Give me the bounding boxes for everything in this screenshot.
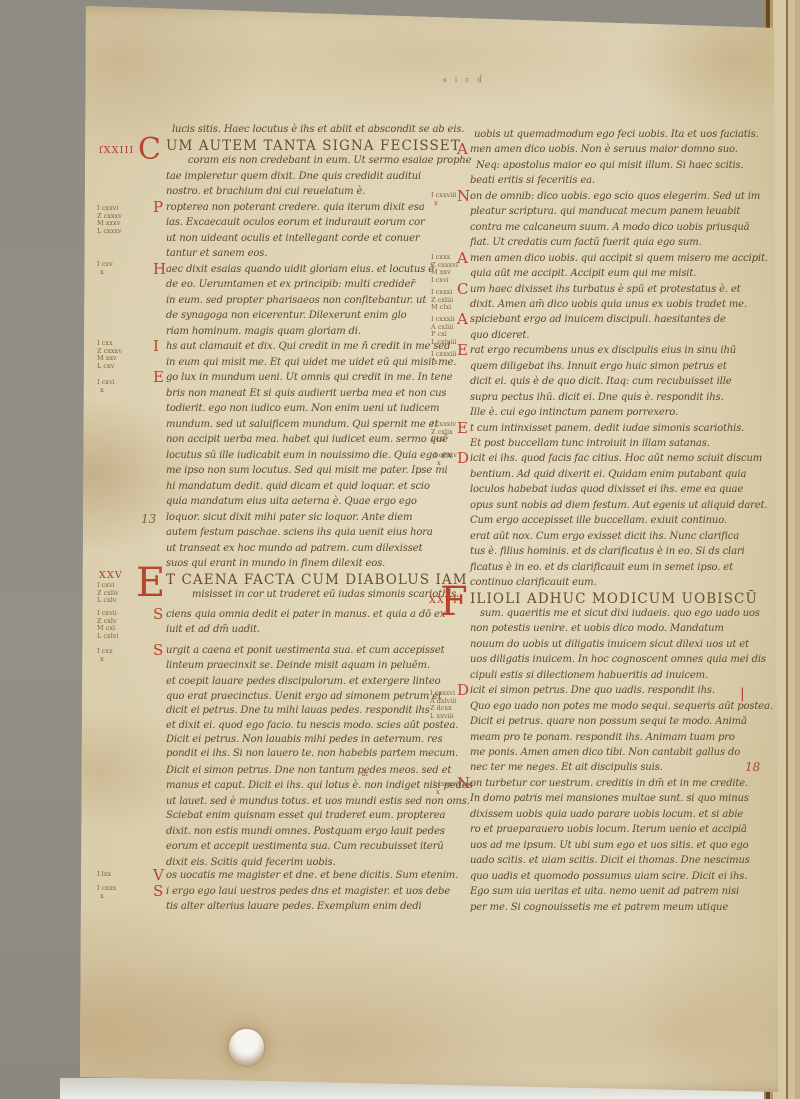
text-line: cipuli estis si dilectionem habueritis a… xyxy=(470,670,708,682)
line-text: riam hominum. magis quam gloriam di. xyxy=(166,326,361,337)
line-text: nostro. et brachium dni cui reuelatum è. xyxy=(166,186,365,197)
line-text: quia mandatum eius uita aeterna è. Quae … xyxy=(166,496,417,507)
text-line: nouum do uobis ut diligatis inuicem sicu… xyxy=(470,639,749,651)
text-line: Aspiciebant ergo ad inuicem discipuli. h… xyxy=(470,314,726,326)
line-text: loculos habebat iudas quod dixisset ei i… xyxy=(470,484,743,495)
line-text: beati eritis si feceritis ea. xyxy=(470,175,595,186)
line-text: coram eis non credebant in eum. Ut sermo… xyxy=(188,155,471,166)
text-line: dixit. non estis mundi omnes. Postquam e… xyxy=(166,826,445,838)
text-line: bris non maneat Et si quis audierit uerb… xyxy=(166,388,446,400)
text-line: in eum qui misit me. Et qui uidet me uid… xyxy=(166,357,456,369)
margin-note: I cxvi Z cxliv L cxlv xyxy=(97,582,119,605)
text-line: pleatur scriptura. qui manducat mecum pa… xyxy=(470,206,740,218)
text-line: supra pectus ihū. dicit ei. Dne quis è. … xyxy=(470,392,724,404)
line-text: tus è. filius hominis. et ds clarificatu… xyxy=(470,546,745,557)
line-text: Sciebat enim quisnam esset qui traderet … xyxy=(166,810,445,821)
text-line: non accipit uerba mea. habet qui iudicet… xyxy=(166,434,448,446)
rubric-initial: V xyxy=(153,870,166,880)
manuscript-photo: { "page": { "running_title": "s i c d̄",… xyxy=(0,0,800,1099)
text-line: Amen amen dico uobis. qui accipit si que… xyxy=(470,253,768,265)
line-text: dicit ei. quis è de quo dicit. Itaq: cum… xyxy=(470,376,732,387)
text-line: pondit ei ihs. Si non lauero te. non hab… xyxy=(166,748,458,760)
line-text: uos diligatis inuicem. In hoc cognoscent… xyxy=(470,654,766,665)
rubric-initial: E xyxy=(457,423,470,433)
line-text: um haec dixisset ihs turbatus è spū et p… xyxy=(470,284,741,295)
text-line: suos qui erant in mundo in finem dilexit… xyxy=(166,558,385,570)
line-text: eorum et accepit uestimenta sua. Cum rec… xyxy=(166,841,444,852)
line-text: contra me calcaneum suum. A modo dico uo… xyxy=(470,222,749,233)
margin-note: I cxxvi Z cxxxv M xxxv L cxxxv xyxy=(97,205,122,235)
rubric-initial: H xyxy=(153,264,166,274)
line-text: quo diceret. xyxy=(470,330,529,341)
text-line: manus et caput. Dicit ei ihs. qui lotus … xyxy=(166,780,473,792)
line-text: de synagoga non eicerentur. Dilexerunt e… xyxy=(166,310,407,321)
text-line: eorum et accepit uestimenta sua. Cum rec… xyxy=(166,841,444,853)
text-line: Neq: apostolus maior eo qui misit illum.… xyxy=(476,160,744,172)
margin-note: I cxvii Z cxlv M cxl L cxlvi xyxy=(97,610,119,640)
rubric-initial: A xyxy=(457,314,470,324)
text-line: autem festum paschae. sciens ihs quia ue… xyxy=(166,527,433,539)
text-line: linteum praecinxit se. Deinde misit aqua… xyxy=(166,660,430,672)
text-line: tae impleretur quem dixit. Dne quis cred… xyxy=(166,171,421,183)
line-text: loquor. sicut dixit mihi pater sic loquo… xyxy=(166,512,412,523)
text-line: dixissem uobis quia uado parare uobis lo… xyxy=(470,809,743,821)
line-text: quia aūt me accipit. Accipit eum qui me … xyxy=(470,268,696,279)
line-text: tantur et sanem eos. xyxy=(166,248,267,259)
line-text: todierit. ego non iudico eum. Non enim u… xyxy=(166,403,439,414)
line-text: tae impleretur quem dixit. Dne quis cred… xyxy=(166,171,421,182)
text-line: todierit. ego non iudico eum. Non enim u… xyxy=(166,403,439,415)
text-line: Sciebat enim quisnam esset qui traderet … xyxy=(166,810,445,822)
margin-note: x xyxy=(100,656,104,664)
line-text: ut non uideant oculis et intellegant cor… xyxy=(166,233,419,244)
running-title: s i c d̄ xyxy=(443,76,485,84)
line-text: ficatus è in eo. et ds clarificauit eum … xyxy=(470,562,733,573)
rubric-initial: S xyxy=(153,645,166,655)
text-line: Sciens quia omnia dedit ei pater in manu… xyxy=(166,609,445,621)
text-line: dixit. Amen am̄ dico uobis quia unus ex … xyxy=(470,299,747,311)
margin-note: x xyxy=(100,387,104,395)
line-text: T CAENA FACTA CUM DIABOLUS IAM xyxy=(166,572,468,588)
line-text: Dicit ei petrus. Non lauabis mihi pedes … xyxy=(166,734,442,745)
rubric-initial: E xyxy=(457,345,470,355)
line-text: me ponis. Amen amen dico tibi. Non canta… xyxy=(470,747,740,758)
text-line: Ego sum uia ueritas et uita. nemo uenit … xyxy=(470,886,739,898)
margin-note: XXVĨ xyxy=(429,595,458,606)
line-text: continuo clarificauit eum. xyxy=(470,577,597,588)
text-line: Non de omnib: dico uobis. ego scio quos … xyxy=(470,191,760,203)
line-text: dixissem uobis quia uado parare uobis lo… xyxy=(470,809,743,820)
line-text: men amen dico uobis. Non è seruus maior … xyxy=(470,144,738,155)
line-text: hi mandatum dedit. quid dicam et quid lo… xyxy=(166,481,430,492)
margin-note: x xyxy=(100,269,104,277)
text-line: coram eis non credebant in eum. Ut sermo… xyxy=(188,155,471,167)
text-line: ut transeat ex hoc mundo ad patrem. cum … xyxy=(166,543,422,555)
text-line: nostro. et brachium dni cui reuelatum è. xyxy=(166,186,365,198)
text-line: Quo ego uado non potes me modo sequi. se… xyxy=(470,701,773,713)
rubric-initial: N xyxy=(457,191,470,201)
line-text: Cum ergo accepisset ille buccellam. exiu… xyxy=(470,515,727,526)
rubric-initial: C xyxy=(457,284,470,294)
text-line: Cum haec dixisset ihs turbatus è spū et … xyxy=(470,284,741,296)
rubric-initial: P xyxy=(153,202,166,212)
text-line: tantur et sanem eos. xyxy=(166,248,267,260)
text-line: Dicit ei petrus. quare non possum sequi … xyxy=(470,716,747,728)
line-text: fiat. Ut credatis cum factū fuerit quia … xyxy=(470,237,702,248)
text-line: contra me calcaneum suum. A modo dico uo… xyxy=(470,222,749,234)
margin-note: XXV xyxy=(99,570,123,581)
rubric-initial: I xyxy=(153,341,166,351)
text-line: Non turbetur cor uestrum. creditis in dm… xyxy=(470,778,748,790)
margin-note: I lxx xyxy=(97,871,111,879)
margin-note: x xyxy=(436,789,440,797)
text-line: sum. quaeritis me et sicut dixi iudaeis.… xyxy=(480,608,760,620)
text-line: uos diligatis inuicem. In hoc cognoscent… xyxy=(470,654,766,666)
line-text: on de omnib: dico uobis. ego scio quos e… xyxy=(470,191,760,202)
line-text: et dixit ei. quod ego facio. tu nescis m… xyxy=(166,720,458,731)
text-line: Ille è. cui ego intinctum panem porrexer… xyxy=(470,407,678,419)
text-line: continuo clarificauit eum. xyxy=(470,577,597,589)
line-text: bentium. Ad quid dixerit ei. Quidam enim… xyxy=(470,469,746,480)
line-text: non accipit uerba mea. habet qui iudicet… xyxy=(166,434,448,445)
margin-note: I cxxxii A cxliii P cxl L cxlviii xyxy=(431,316,457,346)
line-text: erat aūt nox. Cum ergo exisset dicit ihs… xyxy=(470,531,739,542)
text-line: et dixit ei. quod ego facio. tu nescis m… xyxy=(166,720,458,732)
text-line: erat aūt nox. Cum ergo exisset dicit ihs… xyxy=(470,531,739,543)
line-text: locutus sū ille iudicabit eum in nouissi… xyxy=(166,450,452,461)
line-text: go lux in mundum ueni. Ut omnis qui cred… xyxy=(166,372,452,383)
line-text: ILIOLI ADHUC MODICUM UOBISCŪ xyxy=(470,591,758,607)
margin-note: 18 xyxy=(745,760,760,774)
text-line: et coepit lauare pedes discipulorum. et … xyxy=(166,676,440,688)
line-text: icit ei ihs. quod facis fac citius. Hoc … xyxy=(470,453,762,464)
margin-note: x xyxy=(437,460,441,468)
line-text: de eo. Uerumtamen et ex principib: multi… xyxy=(166,279,415,290)
text-line: de synagoga non eicerentur. Dilexerunt e… xyxy=(166,310,407,322)
margin-note: x xyxy=(434,359,438,367)
line-text: urgit a caena et ponit uestimenta sua. e… xyxy=(166,645,445,656)
line-text: sum. quaeritis me et sicut dixi iudaeis.… xyxy=(480,608,760,619)
text-line: beati eritis si feceritis ea. xyxy=(470,175,595,187)
text-line: FILIOLI ADHUC MODICUM UOBISCŪ xyxy=(470,593,758,607)
margin-note: I cxxxi Z cxliii M clxi xyxy=(431,289,453,312)
line-text: nec ter me neges. Et ait discipulis suis… xyxy=(470,762,663,773)
text-line: locutus sū ille iudicabit eum in nouissi… xyxy=(166,450,452,462)
line-text: t cum intinxisset panem. dedit iudae sim… xyxy=(470,423,744,434)
text-line: Ego lux in mundum ueni. Ut omnis qui cre… xyxy=(166,372,452,384)
line-text: men amen dico uobis. qui accipit si quem… xyxy=(470,253,768,264)
rubric-initial: C xyxy=(138,145,166,155)
text-line: ET CAENA FACTA CUM DIABOLUS IAM xyxy=(166,574,468,588)
text-line: quem diligebat ihs. Innuit ergo huic sim… xyxy=(470,361,727,373)
line-text: per me. Si cognouissetis me et patrem me… xyxy=(470,902,728,913)
line-text: in eum qui misit me. Et qui uidet me uid… xyxy=(166,357,456,368)
text-line: Dicit ei simon petrus. Dne quo uadis. re… xyxy=(470,685,715,697)
line-text: In domo patris mei mansiones multae sunt… xyxy=(470,793,749,804)
line-text: linteum praecinxit se. Deinde misit aqua… xyxy=(166,660,430,671)
text-line: bentium. Ad quid dixerit ei. Quidam enim… xyxy=(470,469,746,481)
text-line: ro et praeparauero uobis locum. Iterum u… xyxy=(470,824,747,836)
text-line: Cum ergo accepisset ille buccellam. exiu… xyxy=(470,515,727,527)
line-text: mundum. sed ut saluificem mundum. Qui sp… xyxy=(166,419,438,430)
margin-note: ſXXIII xyxy=(99,145,135,156)
manuscript-page: s i c d̄ lucis sitis. Haec locutus è ihs… xyxy=(0,0,800,1099)
line-text: Neq: apostolus maior eo qui misit illum.… xyxy=(476,160,744,171)
line-text: opus sunt nobis ad diem festum. Aut egen… xyxy=(470,500,767,511)
line-text: et coepit lauare pedes discipulorum. et … xyxy=(166,676,440,687)
text-line: Et cum intinxisset panem. dedit iudae si… xyxy=(470,423,744,435)
line-text: Dicit ei simon petrus. Dne non tantum pe… xyxy=(166,765,451,776)
line-text: dicit ei petrus. Dne tu mihi lauas pedes… xyxy=(166,705,430,716)
line-text: i ergo ego laui uestros pedes dns et mag… xyxy=(166,886,450,897)
text-line: uos ad me ipsum. Ut ubi sum ego et uos s… xyxy=(470,840,749,852)
line-text: meam pro te ponam. respondit ihs. Animam… xyxy=(470,732,735,743)
margin-note: I cxxx Z cxxxvi M xxv I cxvi xyxy=(431,254,458,284)
line-text: Ille è. cui ego intinctum panem porrexer… xyxy=(470,407,678,418)
text-line: hi mandatum dedit. quid dicam et quid lo… xyxy=(166,481,430,493)
text-line: CUM AUTEM TANTA SIGNA FECISSET xyxy=(166,140,461,155)
text-line: me ipso non sum locutus. Sed qui misit m… xyxy=(166,465,448,477)
text-line: riam hominum. magis quam gloriam di. xyxy=(166,326,361,338)
line-text: ut transeat ex hoc mundo ad patrem. cum … xyxy=(166,543,422,554)
text-line: ficatus è in eo. et ds clarificauit eum … xyxy=(470,562,733,574)
text-line: meam pro te ponam. respondit ihs. Animam… xyxy=(470,732,735,744)
text-line: loquor. sicut dixit mihi pater sic loquo… xyxy=(166,512,412,524)
line-text: uobis ut quemadmodum ego feci uobis. Ita… xyxy=(474,129,759,140)
text-line: ut non uideant oculis et intellegant cor… xyxy=(166,233,419,245)
line-text: manus et caput. Dicit ei ihs. qui lotus … xyxy=(166,780,473,791)
text-line: de eo. Uerumtamen et ex principib: multi… xyxy=(166,279,415,291)
margin-note: ut xyxy=(361,771,368,779)
text-line: mundum. sed ut saluificem mundum. Qui sp… xyxy=(166,419,438,431)
text-line: uobis ut quemadmodum ego feci uobis. Ita… xyxy=(474,129,759,141)
line-text: quo erat praecinctus. Uenit ergo ad simo… xyxy=(166,691,442,702)
line-text: ciens quia omnia dedit ei pater in manus… xyxy=(166,609,445,620)
rubric-initial: D xyxy=(457,453,470,463)
line-text: non potestis uenire. et uobis dico modo.… xyxy=(470,623,724,634)
text-line: Et post buccellam tunc introiuit in illa… xyxy=(470,438,710,450)
rubric-initial: S xyxy=(153,609,166,619)
text-line: Dicit ei simon petrus. Dne non tantum pe… xyxy=(166,765,451,777)
text-line: per me. Si cognouissetis me et patrem me… xyxy=(470,902,728,914)
line-text: on turbetur cor uestrum. creditis in dm̄… xyxy=(470,778,748,789)
line-text: in eum. sed propter pharisaeos non confi… xyxy=(166,295,426,306)
line-text: misisset in cor ut traderet eū iudas sim… xyxy=(192,589,459,600)
text-line: quo uadis et quomodo possumus uiam scire… xyxy=(470,871,747,883)
line-text: spiciebant ergo ad inuicem discipuli. ha… xyxy=(470,314,726,325)
line-text: aec dixit esaias quando uidit gloriam ei… xyxy=(166,264,434,275)
text-line: Vos uocatis me magister et dne. et bene … xyxy=(166,870,458,882)
text-line: Surgit a caena et ponit uestimenta sua. … xyxy=(166,645,445,657)
text-line: Propterea non poterant credere. quia ite… xyxy=(166,202,425,214)
rubric-initial: E xyxy=(136,578,166,588)
line-text: dixit eis. Scitis quid fecerim uobis. xyxy=(166,857,336,868)
text-line: Dicit ei petrus. Non lauabis mihi pedes … xyxy=(166,734,442,746)
line-text: dixit. non estis mundi omnes. Postquam e… xyxy=(166,826,445,837)
text-line: iuit et ad dm̄ uadit. xyxy=(166,624,260,636)
rubric-initial: E xyxy=(153,372,166,382)
text-line: quo erat praecinctus. Uenit ergo ad simo… xyxy=(166,691,442,703)
rubric-initial: A xyxy=(457,253,470,263)
margin-note: x xyxy=(100,893,104,901)
text-line: loculos habebat iudas quod dixisset ei i… xyxy=(470,484,743,496)
line-text: hs aut clamauit et dix. Qui credit in me… xyxy=(166,341,450,352)
text-line: fiat. Ut credatis cum factū fuerit quia … xyxy=(470,237,702,249)
text-line: lucis sitis. Haec locutus è ihs et abiit… xyxy=(172,124,464,136)
line-text: nouum do uobis ut diligatis inuicem sicu… xyxy=(470,639,749,650)
line-text: bris non maneat Et si quis audierit uerb… xyxy=(166,388,446,399)
line-text: Et post buccellam tunc introiuit in illa… xyxy=(470,438,710,449)
line-text: quo uadis et quomodo possumus uiam scire… xyxy=(470,871,747,882)
text-line: non potestis uenire. et uobis dico modo.… xyxy=(470,623,724,635)
text-line: opus sunt nobis ad diem festum. Aut egen… xyxy=(470,500,767,512)
line-text: UM AUTEM TANTA SIGNA FECISSET xyxy=(166,138,461,154)
margin-note: I cxxxiv Z cxlix I cxl xyxy=(431,421,456,444)
rubric-initial: A xyxy=(457,144,470,154)
line-text: Quo ego uado non potes me modo sequi. se… xyxy=(470,701,773,712)
line-text: ut lauet. sed è mundus totus. et uos mun… xyxy=(166,796,470,807)
text-line: ut lauet. sed è mundus totus. et uos mun… xyxy=(166,796,470,808)
text-line: quo diceret. xyxy=(470,330,529,342)
text-line: ias. Excaecauit oculos eorum et induraui… xyxy=(166,217,425,229)
text-line: tis alter alterius lauare pedes. Exemplu… xyxy=(166,901,422,913)
line-text: lucis sitis. Haec locutus è ihs et abiit… xyxy=(172,124,464,135)
margin-note: 13 xyxy=(141,512,156,526)
line-text: Ego sum uia ueritas et uita. nemo uenit … xyxy=(470,886,739,897)
rubric-initial: S xyxy=(153,886,166,896)
text-line: dicit ei. quis è de quo dicit. Itaq: cum… xyxy=(470,376,732,388)
margin-note: I cxxxvi A dxlviii Z dcxx L xxviii xyxy=(430,690,457,720)
line-text: dixit. Amen am̄ dico uobis quia unus ex … xyxy=(470,299,747,310)
margin-note: | xyxy=(740,686,745,702)
rubric-initial: D xyxy=(457,685,470,695)
line-text: me ipso non sum locutus. Sed qui misit m… xyxy=(166,465,448,476)
text-line: Dicit ei ihs. quod facis fac citius. Hoc… xyxy=(470,453,762,465)
line-text: cipuli estis si dilectionem habueritis a… xyxy=(470,670,708,681)
text-line: Haec dixit esaias quando uidit gloriam e… xyxy=(166,264,434,276)
text-line: nec ter me neges. Et ait discipulis suis… xyxy=(470,762,663,774)
line-text: suos qui erant in mundo in finem dilexit… xyxy=(166,558,385,569)
line-text: os uocatis me magister et dne. et bene d… xyxy=(166,870,458,881)
text-line: Erat ergo recumbens unus ex discipulis e… xyxy=(470,345,736,357)
line-text: uos ad me ipsum. Ut ubi sum ego et uos s… xyxy=(470,840,749,851)
text-line: dicit ei petrus. Dne tu mihi lauas pedes… xyxy=(166,705,430,717)
text-line: Ihs aut clamauit et dix. Qui credit in m… xyxy=(166,341,450,353)
text-line: in eum. sed propter pharisaeos non confi… xyxy=(166,295,426,307)
text-line: Si ergo ego laui uestros pedes dns et ma… xyxy=(166,886,450,898)
line-text: uado scitis. et uiam scitis. Dicit ei th… xyxy=(470,855,750,866)
line-text: iuit et ad dm̄ uadit. xyxy=(166,624,260,635)
text-line: quia aūt me accipit. Accipit eum qui me … xyxy=(470,268,696,280)
line-text: rat ergo recumbens unus ex discipulis ei… xyxy=(470,345,736,356)
text-line: me ponis. Amen amen dico tibi. Non canta… xyxy=(470,747,740,759)
line-text: supra pectus ihū. dicit ei. Dne quis è. … xyxy=(470,392,724,403)
line-text: tis alter alterius lauare pedes. Exemplu… xyxy=(166,901,422,912)
text-line: quia mandatum eius uita aeterna è. Quae … xyxy=(166,496,417,508)
line-text: pondit ei ihs. Si non lauero te. non hab… xyxy=(166,748,458,759)
line-text: quem diligebat ihs. Innuit ergo huic sim… xyxy=(470,361,727,372)
line-text: ias. Excaecauit oculos eorum et induraui… xyxy=(166,217,425,228)
line-text: autem festum paschae. sciens ihs quia ue… xyxy=(166,527,433,538)
text-line: In domo patris mei mansiones multae sunt… xyxy=(470,793,749,805)
margin-note: x xyxy=(434,200,438,208)
line-text: icit ei simon petrus. Dne quo uadis. res… xyxy=(470,685,715,696)
parchment-hole xyxy=(229,1029,264,1065)
line-text: ro et praeparauero uobis locum. Iterum u… xyxy=(470,824,747,835)
line-text: pleatur scriptura. qui manducat mecum pa… xyxy=(470,206,740,217)
text-line: dixit eis. Scitis quid fecerim uobis. xyxy=(166,857,336,869)
line-text: ropterea non poterant credere. quia iter… xyxy=(166,202,425,213)
text-line: tus è. filius hominis. et ds clarificatu… xyxy=(470,546,745,558)
text-line: Amen amen dico uobis. Non è seruus maior… xyxy=(470,144,738,156)
margin-note: I cxx Z cxxxv M xxv L cxv xyxy=(97,340,122,370)
text-line: uado scitis. et uiam scitis. Dicit ei th… xyxy=(470,855,750,867)
text-line: misisset in cor ut traderet eū iudas sim… xyxy=(192,589,459,601)
line-text: Dicit ei petrus. quare non possum sequi … xyxy=(470,716,747,727)
